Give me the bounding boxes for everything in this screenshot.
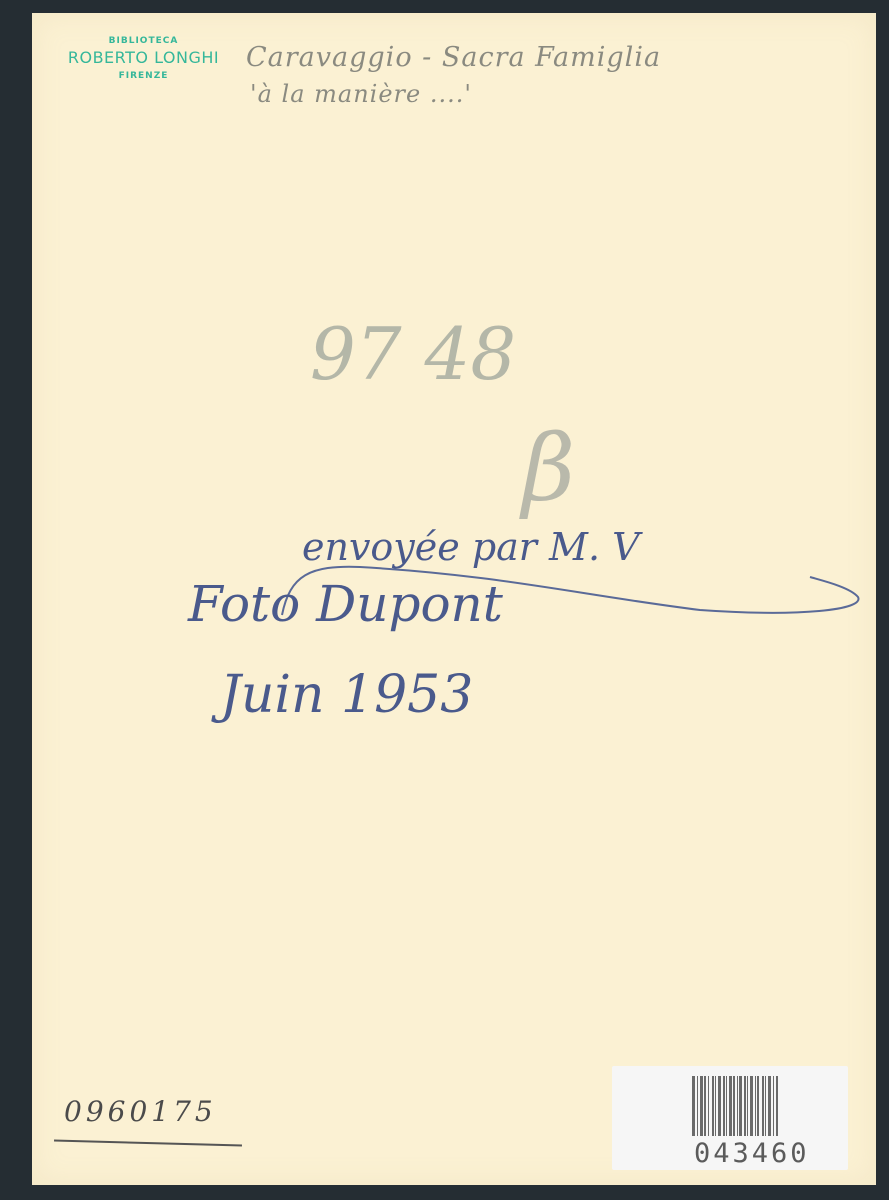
- title-note-line-2: 'à la manière ....': [250, 80, 472, 108]
- pencil-letter: β: [522, 415, 575, 522]
- photographer-note: Foto Dupont: [188, 575, 503, 633]
- date-note: Juin 1953: [220, 665, 473, 725]
- barcode-icon: [692, 1076, 781, 1136]
- stamp-line-2: ROBERTO LONGHI: [56, 48, 231, 67]
- title-note-line-1: Caravaggio - Sacra Famiglia: [246, 42, 661, 73]
- stamp-line-1: BIBLIOTECA: [56, 36, 231, 46]
- barcode-label: 043460: [612, 1066, 848, 1170]
- library-stamp: BIBLIOTECA ROBERTO LONGHI FIRENZE: [56, 36, 231, 81]
- inventory-number: 0960175: [64, 1095, 217, 1128]
- pencil-reference-number: 97 48: [310, 312, 516, 396]
- stamp-line-3: FIRENZE: [56, 71, 231, 81]
- barcode-number: 043460: [694, 1138, 810, 1169]
